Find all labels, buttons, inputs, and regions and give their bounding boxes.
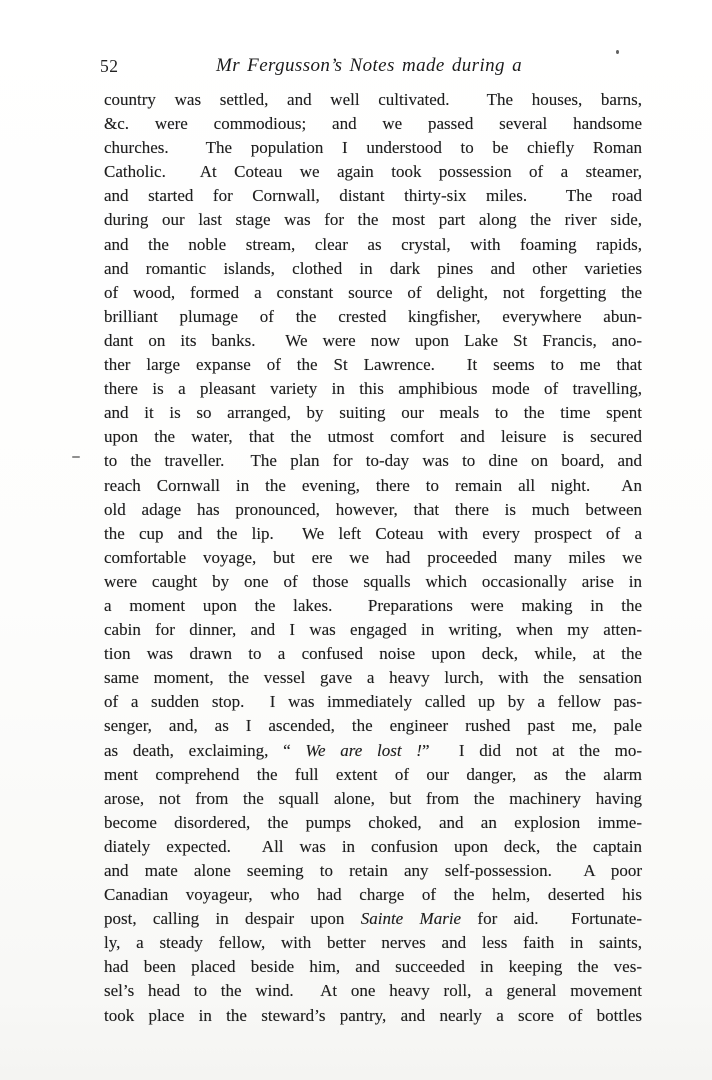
text-line: dant on its banks. We were now upon Lake… (104, 329, 642, 353)
page-number: 52 (100, 56, 119, 77)
text-line: during our last stage was for the most p… (104, 208, 642, 232)
text-run: ment comprehend the full extent of our d… (104, 765, 642, 784)
text-run: reach Cornwall in the evening, there to … (104, 476, 642, 495)
text-run: during our last stage was for the most p… (104, 210, 642, 229)
text-line: &c. were commodious; and we passed sever… (104, 112, 642, 136)
text-run: Catholic. At Coteau we again took posses… (104, 162, 642, 181)
text-run: and romantic islands, clothed in dark pi… (104, 259, 642, 278)
text-line: old adage has pronounced, however, that … (104, 498, 642, 522)
text-run: took place in the steward’s pantry, and … (104, 1006, 642, 1025)
text-run: arose, not from the squall alone, but fr… (104, 789, 642, 808)
text-run: become disordered, the pumps choked, and… (104, 813, 642, 832)
text-line: reach Cornwall in the evening, there to … (104, 474, 642, 498)
text-run: cabin for dinner, and I was engaged in w… (104, 620, 642, 639)
text-line: had been placed beside him, and succeede… (104, 955, 642, 979)
text-line: cabin for dinner, and I was engaged in w… (104, 618, 642, 642)
text-run: ther large expanse of the St Lawrence. I… (104, 355, 642, 374)
text-line: took place in the steward’s pantry, and … (104, 1004, 642, 1028)
text-run: upon the water, that the utmost comfort … (104, 427, 642, 446)
text-run: had been placed beside him, and succeede… (104, 957, 642, 976)
text-line: ther large expanse of the St Lawrence. I… (104, 353, 642, 377)
italic-text-run: We are lost ! (305, 741, 422, 760)
text-line: the cup and the lip. We left Coteau with… (104, 522, 642, 546)
text-line: and it is so arranged, by suiting our me… (104, 401, 642, 425)
text-run: and it is so arranged, by suiting our me… (104, 403, 642, 422)
text-run: churches. The population I understood to… (104, 138, 642, 157)
text-line: upon the water, that the utmost comfort … (104, 425, 642, 449)
text-line: become disordered, the pumps choked, and… (104, 811, 642, 835)
page-header: 52 Mr Fergusson’s Notes made during a (0, 56, 712, 82)
text-line: and romantic islands, clothed in dark pi… (104, 257, 642, 281)
text-run: ly, a steady fellow, with better nerves … (104, 933, 642, 952)
text-line: and the noble stream, clear as crystal, … (104, 233, 642, 257)
text-line: were caught by one of those squalls whic… (104, 570, 642, 594)
text-line: brilliant plumage of the crested kingfis… (104, 305, 642, 329)
text-run: Canadian voyageur, who had charge of the… (104, 885, 642, 904)
text-run: &c. were commodious; and we passed sever… (104, 114, 642, 133)
text-line: as death, exclaiming, “ We are lost !” I… (104, 739, 642, 763)
text-run: same moment, the vessel gave a heavy lur… (104, 668, 642, 687)
text-run: dant on its banks. We were now upon Lake… (104, 331, 642, 350)
text-run: and mate alone seeming to retain any sel… (104, 861, 642, 880)
text-run: were caught by one of those squalls whic… (104, 572, 642, 591)
text-run: for aid. Fortunate- (461, 909, 642, 928)
running-title: Mr Fergusson’s Notes made during a (154, 55, 584, 77)
text-run: brilliant plumage of the crested kingfis… (104, 307, 642, 326)
text-line: post, calling in despair upon Sainte Mar… (104, 907, 642, 931)
text-run: ” I did not at the mo- (422, 741, 642, 760)
text-run: comfortable voyage, but ere we had proce… (104, 548, 642, 567)
text-line: sel’s head to the wind. At one heavy rol… (104, 979, 642, 1003)
text-run: to the traveller. The plan for to-day wa… (104, 451, 642, 470)
text-run: of a sudden stop. I was immediately call… (104, 692, 642, 711)
text-line: country was settled, and well cultivated… (104, 88, 642, 112)
text-run: sel’s head to the wind. At one heavy rol… (104, 981, 642, 1000)
text-line: a moment upon the lakes. Preparations we… (104, 594, 642, 618)
margin-mark (72, 456, 80, 458)
text-run: old adage has pronounced, however, that … (104, 500, 642, 519)
italic-text-run: Sainte Marie (361, 909, 461, 928)
text-line: there is a pleasant variety in this amph… (104, 377, 642, 401)
text-line: comfortable voyage, but ere we had proce… (104, 546, 642, 570)
text-block: country was settled, and well cultivated… (104, 88, 642, 1028)
text-line: senger, and, as I ascended, the engineer… (104, 714, 642, 738)
text-run: there is a pleasant variety in this amph… (104, 379, 642, 398)
text-line: ment comprehend the full extent of our d… (104, 763, 642, 787)
text-line: to the traveller. The plan for to-day wa… (104, 449, 642, 473)
text-line: and started for Cornwall, distant thirty… (104, 184, 642, 208)
text-run: of wood, formed a constant source of del… (104, 283, 642, 302)
text-run: senger, and, as I ascended, the engineer… (104, 716, 642, 735)
text-run: a moment upon the lakes. Preparations we… (104, 596, 642, 615)
text-run: as death, exclaiming, “ (104, 741, 305, 760)
text-line: of wood, formed a constant source of del… (104, 281, 642, 305)
ink-speck (616, 50, 619, 54)
text-run: post, calling in despair upon (104, 909, 361, 928)
text-run: and started for Cornwall, distant thirty… (104, 186, 642, 205)
text-run: country was settled, and well cultivated… (104, 90, 642, 109)
text-line: ly, a steady fellow, with better nerves … (104, 931, 642, 955)
text-run: and the noble stream, clear as crystal, … (104, 235, 642, 254)
text-run: the cup and the lip. We left Coteau with… (104, 524, 642, 543)
text-run: diately expected. All was in confusion u… (104, 837, 642, 856)
text-line: tion was drawn to a confused noise upon … (104, 642, 642, 666)
book-page: 52 Mr Fergusson’s Notes made during a co… (0, 0, 712, 1080)
text-line: of a sudden stop. I was immediately call… (104, 690, 642, 714)
text-line: Catholic. At Coteau we again took posses… (104, 160, 642, 184)
text-line: churches. The population I understood to… (104, 136, 642, 160)
text-line: same moment, the vessel gave a heavy lur… (104, 666, 642, 690)
text-line: Canadian voyageur, who had charge of the… (104, 883, 642, 907)
text-line: arose, not from the squall alone, but fr… (104, 787, 642, 811)
text-line: diately expected. All was in confusion u… (104, 835, 642, 859)
text-run: tion was drawn to a confused noise upon … (104, 644, 642, 663)
text-line: and mate alone seeming to retain any sel… (104, 859, 642, 883)
